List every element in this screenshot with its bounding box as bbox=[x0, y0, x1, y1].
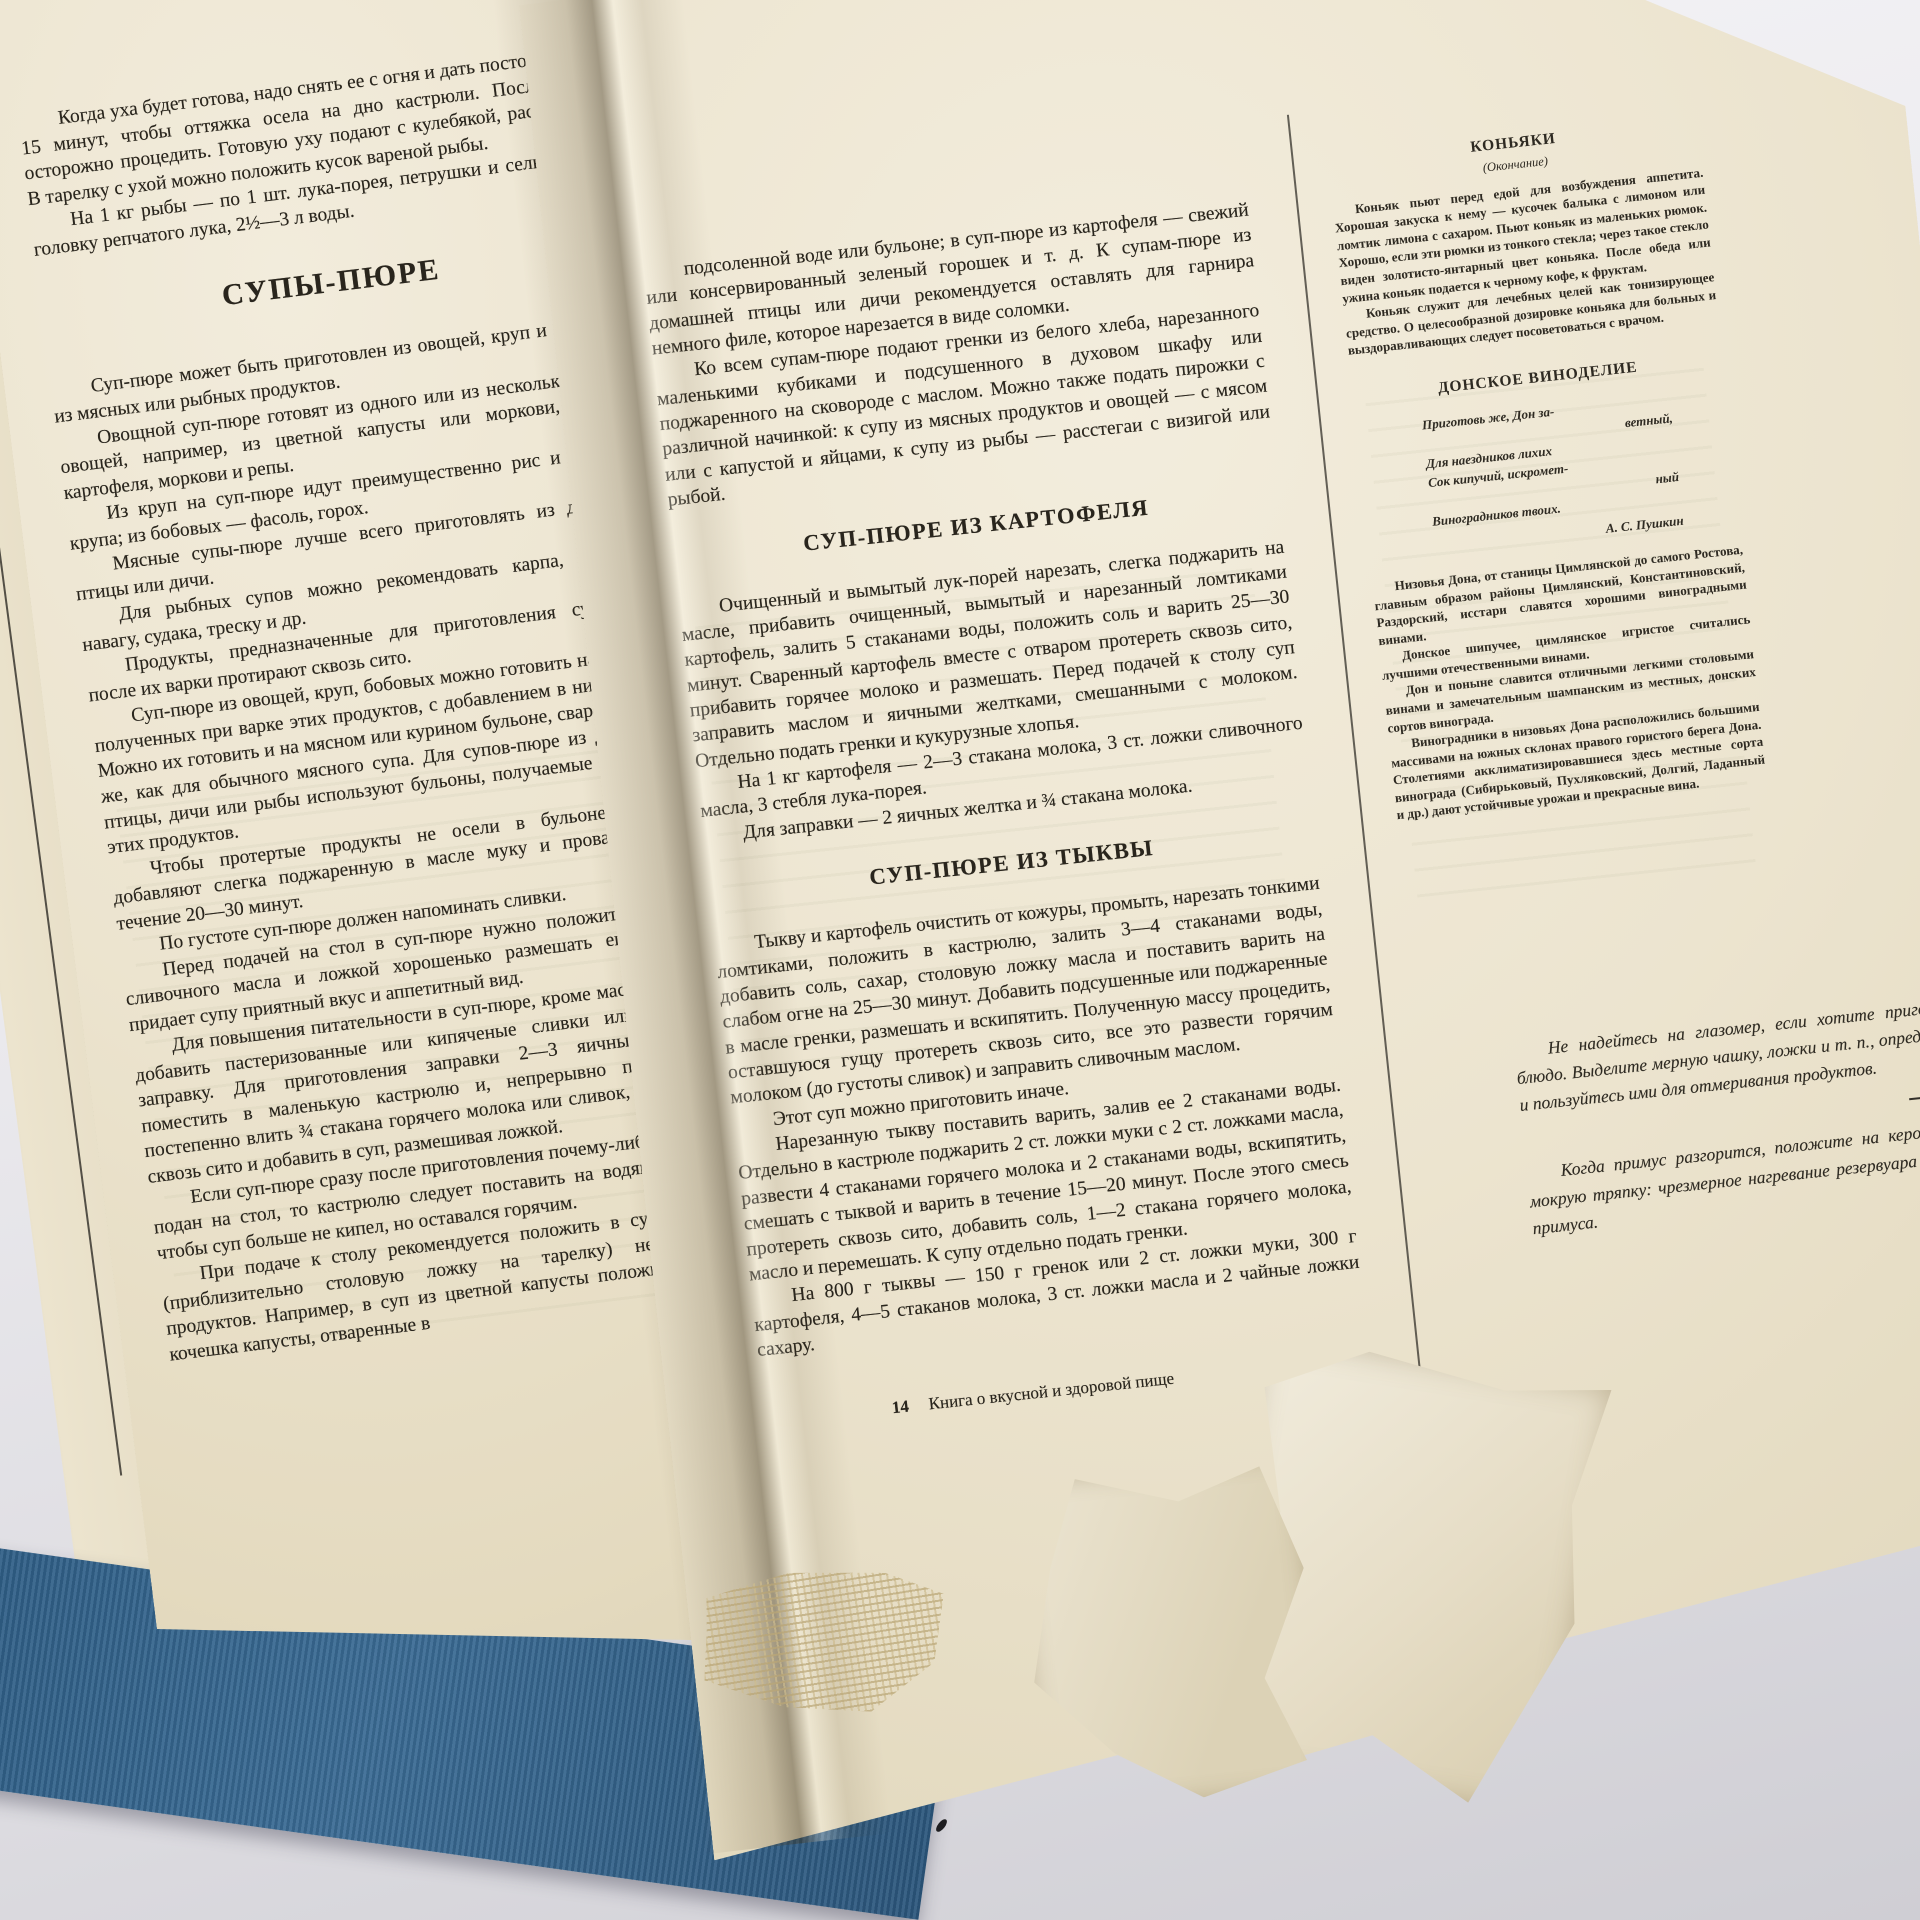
debris-speck bbox=[934, 1817, 949, 1833]
tip-divider-rule bbox=[1909, 1089, 1920, 1101]
sidebar-tips: Не надейтесь на глазомер, если хотите пр… bbox=[1513, 982, 1920, 1242]
page-number: 14 bbox=[891, 1397, 910, 1418]
photo-background: чныйвает-(кре-утемосо-аютвыхир-ати-и ими… bbox=[0, 0, 1920, 1920]
potato-soup-body: Очищенный и вымытый лук-порей нарезать, … bbox=[678, 534, 1309, 850]
soups-puree-continuation: подсоленной воде или бульоне; в суп-пюре… bbox=[643, 198, 1274, 514]
right-page-sidebar: КОНЬЯКИ (Окончание) Коньяк пьют перед ед… bbox=[1327, 114, 1768, 824]
text-fragment: от bbox=[0, 639, 1, 669]
pumpkin-soup-body: Тыкву и картофель очистить от кожуры, пр… bbox=[713, 871, 1363, 1363]
tip-measuring: Не надейтесь на глазомер, если хотите пр… bbox=[1513, 982, 1920, 1119]
right-page-main-column: подсоленной воде или бульоне; в суп-пюре… bbox=[643, 198, 1371, 1433]
pushkin-epigraph: Приготовь же, Дон за-ветный,Для наездник… bbox=[1421, 389, 1682, 531]
don-wine-body: Низовья Дона, от станицы Цимлянской до с… bbox=[1372, 541, 1768, 824]
tip-primus: Когда примус разгорится, положите на кер… bbox=[1526, 1105, 1920, 1242]
running-title: Книга о вкусной и здоровой пище bbox=[928, 1369, 1175, 1414]
cognac-body: Коньяк пьют перед едой для возбуждения а… bbox=[1332, 164, 1718, 360]
uha-continuation: Когда уха будет готова, надо снять ее с … bbox=[17, 40, 613, 263]
